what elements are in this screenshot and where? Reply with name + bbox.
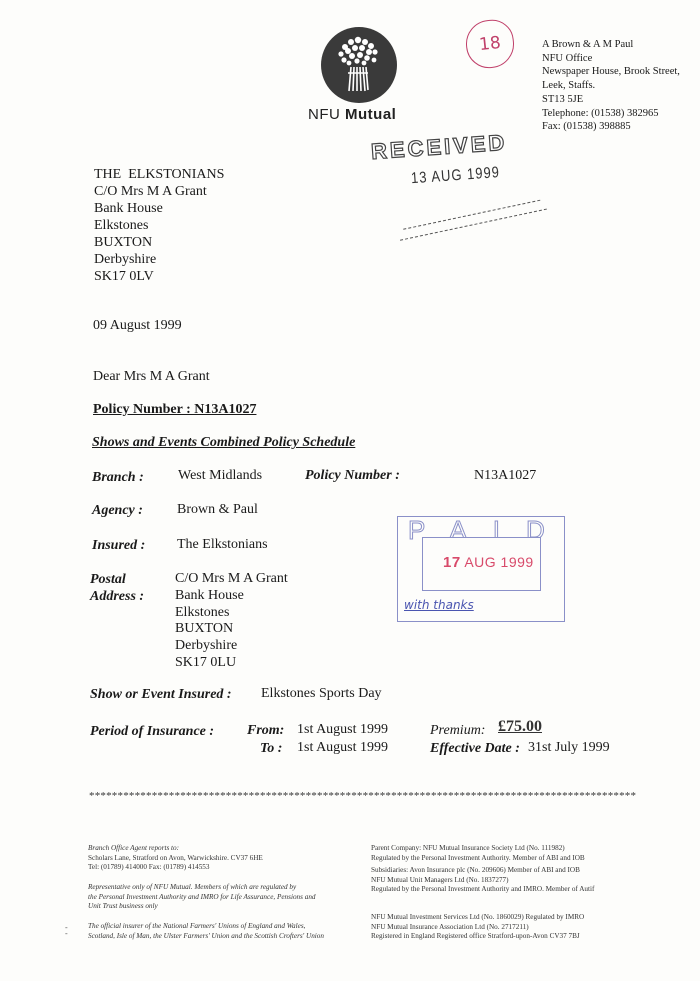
postal-address-line: C/O Mrs M A Grant [175, 571, 288, 588]
footer-line: the Personal Investment Authority and IM… [88, 893, 316, 903]
policy-number-heading: Policy Number : N13A1027 [93, 402, 256, 418]
salutation: Dear Mrs M A Grant [93, 369, 210, 385]
page-number-annotation: 18 [464, 18, 517, 71]
paid-stamp-handwritten-note: with thanks [404, 598, 474, 612]
postal-address-line: SK17 0LU [175, 655, 288, 672]
agent-telephone: Telephone: (01538) 382965 [542, 107, 680, 121]
period-from-value: 1st August 1999 [297, 722, 388, 738]
brand-prefix: NFU [308, 106, 340, 123]
paid-stamp-date-box: 17 AUG 1999 [422, 537, 541, 591]
footer-official-insurer: The official insurer of the National Far… [88, 922, 324, 941]
postal-address-line: Derbyshire [175, 638, 288, 655]
nfu-mutual-logo [321, 27, 397, 103]
wheat-sheaf-icon [321, 27, 397, 103]
brand-suffix: Mutual [345, 106, 396, 123]
footer-line: Tel: (01789) 414000 Fax: (01789) 414553 [88, 863, 263, 873]
branch-value: West Midlands [178, 468, 262, 484]
recipient-line: Elkstones [94, 217, 224, 234]
brand-name: NFU Mutual [308, 106, 396, 123]
recipient-line: BUXTON [94, 234, 224, 251]
recipient-line: SK17 0LV [94, 268, 224, 285]
agent-fax: Fax: (01538) 398885 [542, 120, 680, 134]
recipient-line: Bank House [94, 200, 224, 217]
period-from-label: From: [247, 723, 284, 739]
period-to-label: To : [260, 741, 282, 757]
postal-label-line: Address : [90, 588, 144, 605]
footer-line: Scholars Lane, Stratford on Avon, Warwic… [88, 854, 263, 864]
agent-address: A Brown & A M Paul NFU Office Newspaper … [542, 38, 680, 134]
agency-label: Agency : [92, 503, 143, 519]
branch-label: Branch : [92, 470, 144, 486]
premium-value: £75.00 [498, 718, 542, 736]
paid-stamp-day: 17 [443, 554, 461, 571]
footer-line: Scotland, Isle of Man, the Ulster Farmer… [88, 932, 324, 942]
footer-line: NFU Mutual Insurance Association Ltd (No… [371, 923, 584, 933]
footer-bullet-mark: -- [65, 925, 68, 937]
footer-line: Subsidiaries: Avon Insurance plc (No. 20… [371, 866, 594, 876]
event-insured-value: Elkstones Sports Day [261, 686, 382, 702]
recipient-line: THE ELKSTONIANS [94, 166, 224, 183]
footer-line: Regulated by the Personal Investment Aut… [371, 885, 594, 895]
effective-date-label: Effective Date : [430, 741, 520, 757]
separator-line: ****************************************… [89, 790, 636, 802]
schedule-title: Shows and Events Combined Policy Schedul… [92, 435, 355, 451]
period-to-value: 1st August 1999 [297, 740, 388, 756]
footer-reports-to: Branch Office Agent reports to: Scholars… [88, 844, 263, 873]
postal-address-line: Elkstones [175, 605, 288, 622]
recipient-line: Derbyshire [94, 251, 224, 268]
paid-stamp-month-year: AUG 1999 [464, 554, 533, 570]
footer-reports-to-label: Branch Office Agent reports to: [88, 844, 263, 854]
agent-address-line: Newspaper House, Brook Street, [542, 65, 680, 79]
postal-label-line: Postal [90, 571, 144, 588]
agent-address-line: A Brown & A M Paul [542, 38, 680, 52]
recipient-address: THE ELKSTONIANS C/O Mrs M A Grant Bank H… [94, 166, 224, 285]
recipient-line: C/O Mrs M A Grant [94, 183, 224, 200]
footer-line: Representative only of NFU Mutual. Membe… [88, 883, 316, 893]
period-of-insurance-label: Period of Insurance : [90, 724, 214, 740]
footer-parent-company: Parent Company: NFU Mutual Insurance Soc… [371, 844, 585, 863]
postal-address-value: C/O Mrs M A Grant Bank House Elkstones B… [175, 571, 288, 672]
footer-line: Registered in England Registered office … [371, 932, 584, 942]
received-stamp: RECEIVED 13 AUG 1999 [366, 119, 555, 261]
letter-date: 09 August 1999 [93, 318, 182, 334]
premium-label: Premium: [430, 723, 485, 739]
insured-value: The Elkstonians [177, 537, 268, 553]
postal-address-line: BUXTON [175, 621, 288, 638]
postal-address-label: Postal Address : [90, 571, 144, 605]
footer-subsidiaries: Subsidiaries: Avon Insurance plc (No. 20… [371, 866, 594, 895]
footer-line: NFU Mutual Unit Managers Ltd (No. 183727… [371, 876, 594, 886]
event-insured-label: Show or Event Insured : [90, 687, 232, 703]
agent-address-line: Leek, Staffs. [542, 79, 680, 93]
policy-number-value: N13A1027 [474, 468, 536, 484]
footer-line: Regulated by the Personal Investment Aut… [371, 854, 585, 864]
footer-line: NFU Mutual Investment Services Ltd (No. … [371, 913, 584, 923]
received-stamp-date: 13 AUG 1999 [410, 163, 500, 187]
insured-label: Insured : [92, 538, 145, 554]
postal-address-line: Bank House [175, 588, 288, 605]
agent-address-line: NFU Office [542, 52, 680, 66]
agency-value: Brown & Paul [177, 502, 258, 518]
footer-line: Unit Trust business only [88, 902, 316, 912]
footer-representative-notice: Representative only of NFU Mutual. Membe… [88, 883, 316, 912]
footer-investment-services: NFU Mutual Investment Services Ltd (No. … [371, 913, 584, 942]
paid-stamp: PAID 17 AUG 1999 with thanks [397, 516, 565, 622]
footer-line: Parent Company: NFU Mutual Insurance Soc… [371, 844, 585, 854]
policy-number-label: Policy Number : [305, 468, 400, 484]
effective-date-value: 31st July 1999 [528, 740, 610, 756]
paid-stamp-date: 17 AUG 1999 [443, 554, 534, 571]
received-stamp-word: RECEIVED [370, 130, 508, 165]
footer-line: The official insurer of the National Far… [88, 922, 324, 932]
agent-address-line: ST13 5JE [542, 93, 680, 107]
